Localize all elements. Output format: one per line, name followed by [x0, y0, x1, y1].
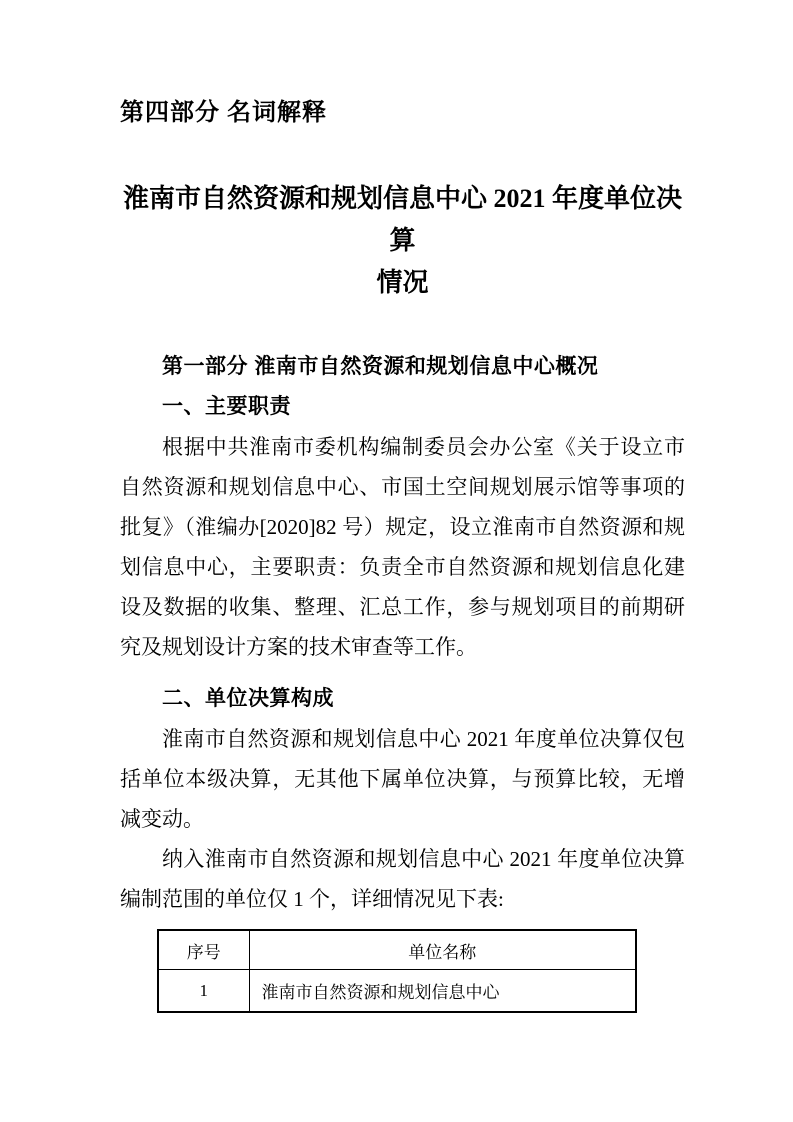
paragraph-table-intro: 纳入淮南市自然资源和规划信息中心 2021 年度单位决算编制范围的单位仅 1 个… — [120, 839, 685, 919]
part4-heading: 第四部分 名词解释 — [120, 96, 685, 130]
document-title-line1: 淮南市自然资源和规划信息中心 2021 年度单位决算 — [120, 178, 685, 262]
table-header-row: 序号 单位名称 — [158, 930, 636, 970]
paragraph-main-duties: 根据中共淮南市委机构编制委员会办公室《关于设立市自然资源和规划信息中心、市国土空… — [120, 427, 685, 667]
section1-heading: 第一部分 淮南市自然资源和规划信息中心概况 — [120, 347, 685, 387]
paragraph-final-accounts-composition: 淮南市自然资源和规划信息中心 2021 年度单位决算仅包括单位本级决算，无其他下… — [120, 719, 685, 839]
subsection1-heading: 一、主要职责 — [120, 387, 685, 427]
table-cell-unit-name: 淮南市自然资源和规划信息中心 — [249, 970, 636, 1013]
subsection2-heading: 二、单位决算构成 — [120, 679, 685, 719]
table-cell-index: 1 — [158, 970, 249, 1013]
unit-list-table: 序号 单位名称 1 淮南市自然资源和规划信息中心 — [157, 929, 637, 1013]
table-row: 1 淮南市自然资源和规划信息中心 — [158, 970, 636, 1013]
document-title-line2: 情况 — [120, 262, 685, 304]
document-title: 淮南市自然资源和规划信息中心 2021 年度单位决算 情况 — [120, 178, 685, 304]
table-header-index: 序号 — [158, 930, 249, 970]
document-page: 第四部分 名词解释 淮南市自然资源和规划信息中心 2021 年度单位决算 情况 … — [0, 0, 793, 1122]
table-header-unit-name: 单位名称 — [249, 930, 636, 970]
